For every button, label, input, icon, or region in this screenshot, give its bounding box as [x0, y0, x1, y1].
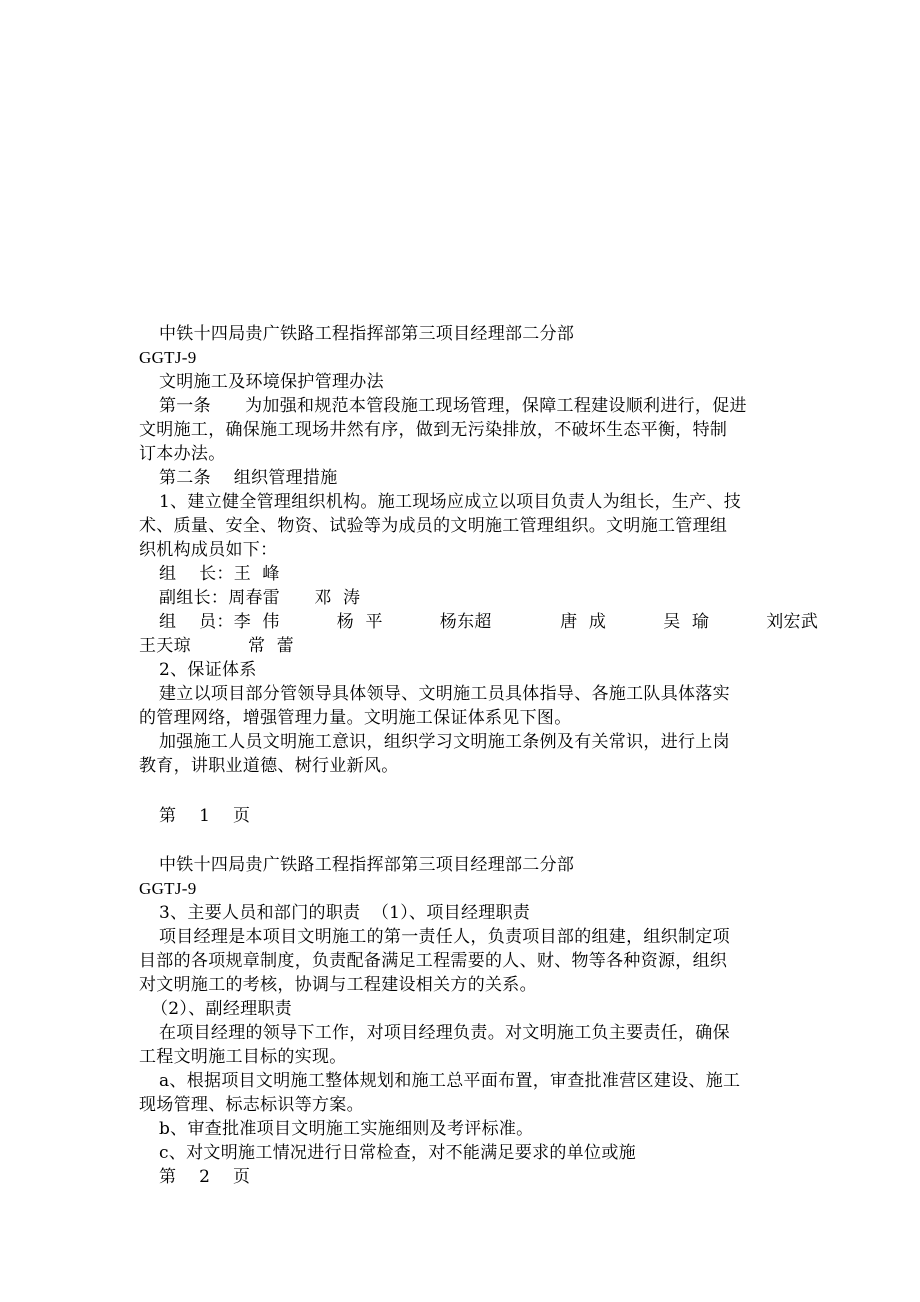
item1-text: 1、建立健全管理组织机构。施工现场应成立以项目负责人为组长，生产、技	[139, 490, 819, 514]
pm-duty-text: 项目经理是本项目文明施工的第一责任人，负责项目部的组建，组织制定项	[139, 925, 819, 949]
item3-heading: 3、主要人员和部门的职责 （1）、项目经理职责	[139, 901, 819, 925]
page-number: 第 2 页	[139, 1165, 819, 1189]
article1-text: 文明施工，确保施工现场井然有序，做到无污染排放，不破坏生态平衡，特制	[139, 418, 799, 442]
pm-duty-text: 对文明施工的考核，协调与工程建设相关方的关系。	[139, 973, 799, 997]
team-deputy: 副组长：周春雷 邓 涛	[139, 586, 819, 610]
doc-code: GGTJ-9	[139, 877, 799, 901]
team-members: 王天琼 常 蕾	[139, 634, 799, 658]
item1-text: 术、质量、安全、物资、试验等为成员的文明施工管理组织。文明施工管理组	[139, 514, 799, 538]
duty-item-b: b、审查批准项目文明施工实施细则及考评标准。	[139, 1117, 819, 1141]
header-org: 中铁十四局贵广铁路工程指挥部第三项目经理部二分部	[139, 853, 819, 877]
item2-text: 教育，讲职业道德、树行业新风。	[139, 754, 799, 778]
team-members: 组 员：李 伟 杨 平 杨东超 唐 成 吴 瑜 刘宏武	[139, 610, 819, 634]
duty-item-a: a、根据项目文明施工整体规划和施工总平面布置，审查批准营区建设、施工	[139, 1069, 819, 1093]
duty-item-a: 现场管理、标志标识等方案。	[139, 1093, 799, 1117]
document-title: 文明施工及环境保护管理办法	[139, 370, 819, 394]
doc-code: GGTJ-9	[139, 346, 799, 370]
header-org: 中铁十四局贵广铁路工程指挥部第三项目经理部二分部	[139, 322, 819, 346]
item2-text: 加强施工人员文明施工意识，组织学习文明施工条例及有关常识，进行上岗	[139, 730, 819, 754]
item2-heading: 2、保证体系	[139, 658, 819, 682]
team-leader: 组 长：王 峰	[139, 562, 819, 586]
item2-text: 建立以项目部分管领导具体领导、文明施工员具体指导、各施工队具体落实	[139, 682, 819, 706]
deputy-duty-text: 在项目经理的领导下工作，对项目经理负责。对文明施工负主要责任，确保	[139, 1021, 819, 1045]
deputy-duty-heading: （2）、副经理职责	[139, 997, 811, 1021]
article2-heading: 第二条 组织管理措施	[139, 466, 819, 490]
article1-text: 第一条 为加强和规范本管段施工现场管理，保障工程建设顺利进行，促进	[139, 394, 819, 418]
item1-text: 织机构成员如下：	[139, 538, 799, 562]
deputy-duty-text: 工程文明施工目标的实现。	[139, 1045, 799, 1069]
pm-duty-text: 目部的各项规章制度，负责配备满足工程需要的人、财、物等各种资源，组织	[139, 949, 799, 973]
duty-item-c: c、对文明施工情况进行日常检查，对不能满足要求的单位或施	[139, 1141, 819, 1165]
article1-text: 订本办法。	[139, 442, 799, 466]
document-page: 中铁十四局贵广铁路工程指挥部第三项目经理部二分部 GGTJ-9 文明施工及环境保…	[0, 0, 920, 1302]
page-number: 第 1 页	[139, 804, 819, 828]
item2-text: 的管理网络，增强管理力量。文明施工保证体系见下图。	[139, 706, 799, 730]
